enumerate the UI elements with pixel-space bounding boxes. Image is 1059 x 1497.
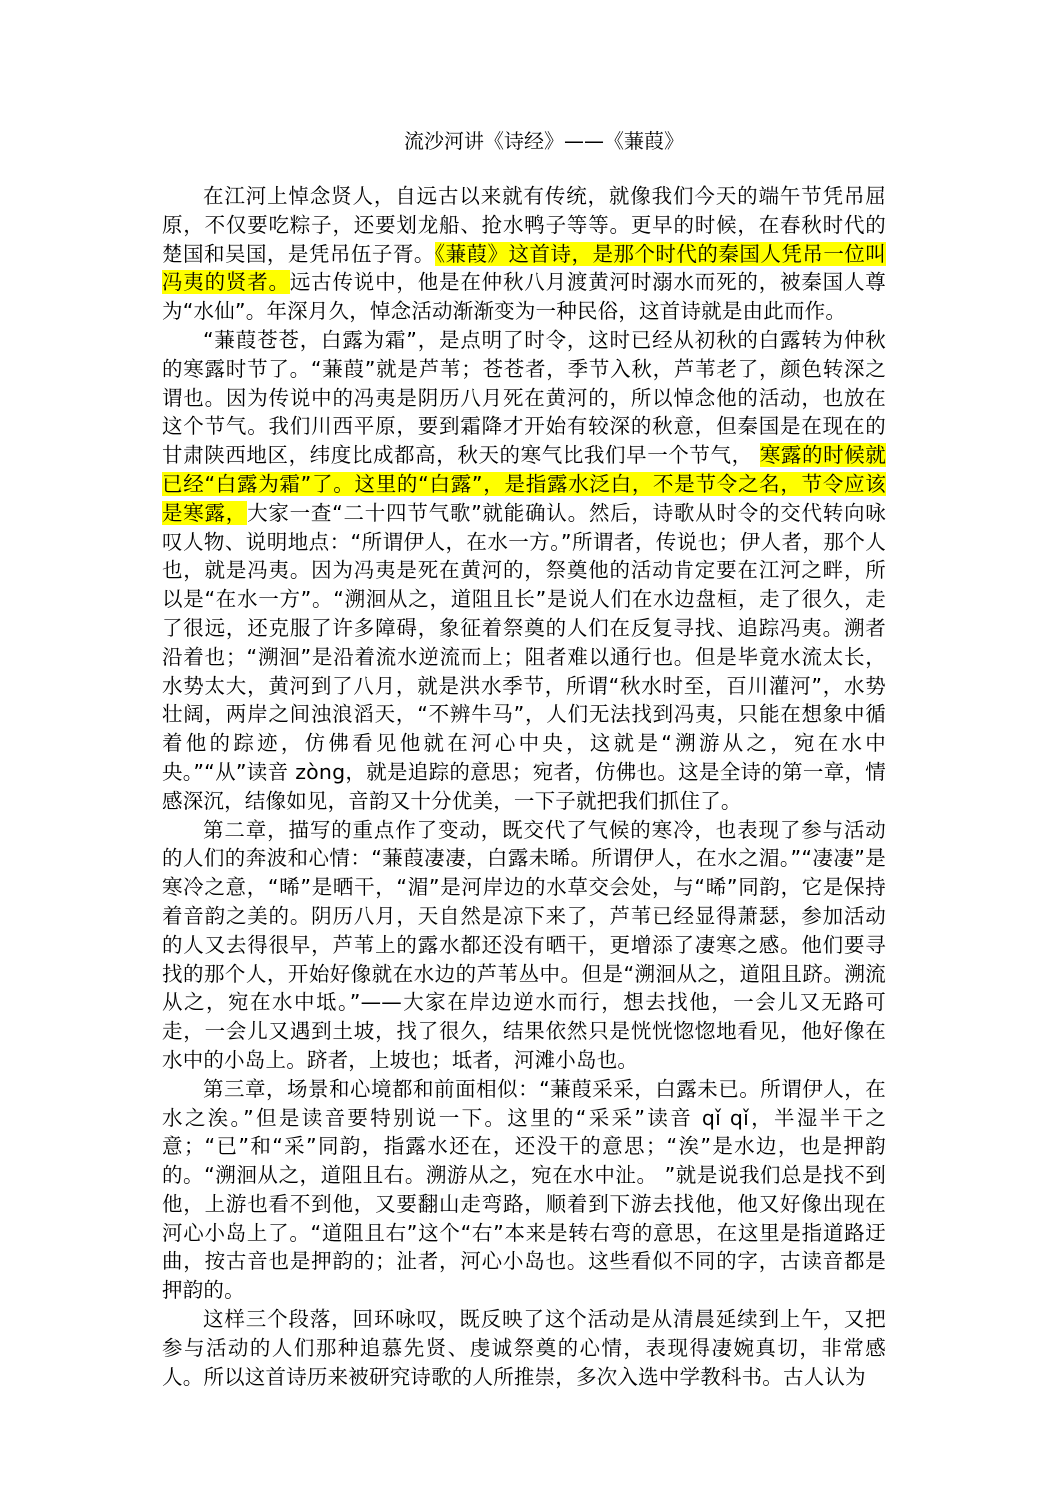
paragraph-1: 在江河上悼念贤人，自远古以来就有传统，就像我们今天的端午节凭吊屈原，不仅要吃粽子…	[162, 182, 886, 326]
paragraph-text: 第三章，场景和心境都和前面相似：“蒹葭采采，白露未已。所谓伊人，在水之涘。”但是…	[162, 1077, 886, 1303]
paragraph-text: 大家一查“二十四节气歌”就能确认。然后，诗歌从时令的交代转向咏叹人物、说明地点：…	[162, 501, 886, 813]
paragraph-text: 第二章，描写的重点作了变动，既交代了气候的寒冷，也表现了参与活动的人们的奔波和心…	[162, 818, 886, 1072]
paragraph-4: 第三章，场景和心境都和前面相似：“蒹葭采采，白露未已。所谓伊人，在水之涘。”但是…	[162, 1075, 886, 1305]
paragraph-2: “蒹葭苍苍，白露为霜”，是点明了时令，这时已经从初秋的白露转为仲秋的寒露时节了。…	[162, 326, 886, 816]
document-title: 流沙河讲《诗经》——《蒹葭》	[162, 126, 886, 156]
paragraph-3: 第二章，描写的重点作了变动，既交代了气候的寒冷，也表现了参与活动的人们的奔波和心…	[162, 816, 886, 1075]
document-page: 流沙河讲《诗经》——《蒹葭》 在江河上悼念贤人，自远古以来就有传统，就像我们今天…	[162, 126, 886, 1391]
paragraph-text: 这样三个段落，回环咏叹，既反映了这个活动是从清晨延续到上午，又把参与活动的人们那…	[162, 1307, 886, 1389]
paragraph-5: 这样三个段落，回环咏叹，既反映了这个活动是从清晨延续到上午，又把参与活动的人们那…	[162, 1305, 886, 1391]
